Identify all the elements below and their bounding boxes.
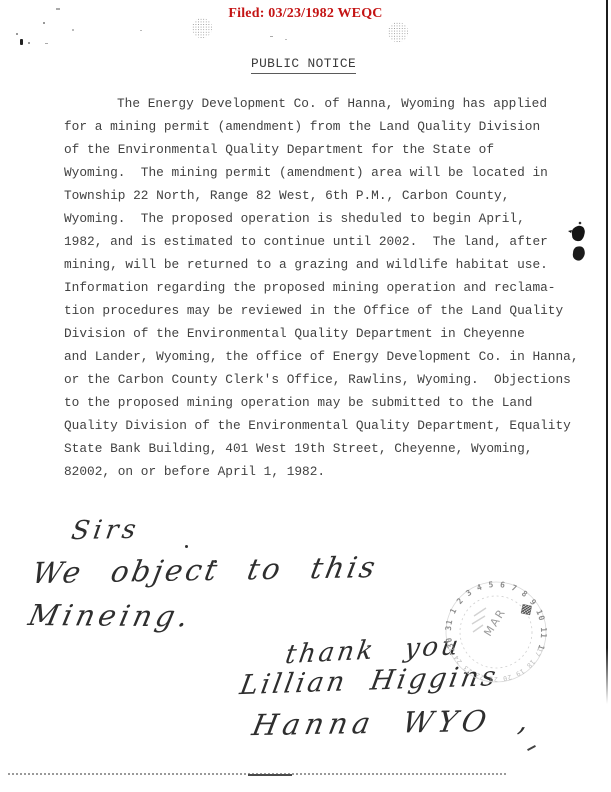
body-line: or the Carbon County Clerk's Office, Raw… (64, 368, 579, 391)
body-line: of the Environmental Quality Department … (64, 138, 579, 161)
hole-punch-right (388, 22, 408, 42)
scan-speck (43, 22, 45, 24)
scan-speck (56, 8, 60, 10)
body-line: and Lander, Wyoming, the office of Energ… (64, 345, 579, 368)
pen-dot (185, 545, 188, 548)
scan-speck (285, 39, 287, 40)
scan-speck (16, 33, 18, 35)
body-line: tion procedures may be reviewed in the O… (64, 299, 579, 322)
body-line: Township 22 North, Range 82 West, 6th P.… (64, 184, 579, 207)
scan-edge-line (606, 0, 608, 704)
body-line: Quality Division of the Environmental Qu… (64, 414, 579, 437)
body-line: Wyoming. The mining permit (amendment) a… (64, 161, 579, 184)
pen-tick-mark (527, 745, 536, 751)
body-line: to the proposed mining operation may be … (64, 391, 579, 414)
ink-blob (564, 216, 594, 264)
handwriting-objection: We object to this (29, 550, 381, 590)
scan-bottom-dark-segment (248, 774, 292, 776)
handwriting-objection-word: Mineing. (25, 598, 195, 633)
body-line: Division of the Environmental Quality De… (64, 322, 579, 345)
scan-speck (20, 39, 23, 45)
body-line: for a mining permit (amendment) from the… (64, 115, 579, 138)
scan-speck (140, 30, 142, 31)
body-line: 82002, on or before April 1, 1982. (64, 460, 579, 483)
body-line: mining, will be returned to a grazing an… (64, 253, 579, 276)
received-date-stamp: 30 31 1 2 3 4 5 6 7 8 9 10 11 12 13 14 1… (438, 574, 554, 690)
stamp-month-text: MAR (481, 606, 508, 639)
body-line: Wyoming. The proposed operation is shedu… (64, 207, 579, 230)
hole-punch-left (192, 18, 212, 38)
body-line: Information regarding the proposed minin… (64, 276, 579, 299)
handwriting-place: Hanna WYO , (249, 703, 536, 742)
scan-speck (270, 36, 273, 37)
page-title: PUBLIC NOTICE (251, 56, 356, 74)
handwriting-salutation: Sirs (69, 515, 142, 546)
scan-speck (72, 29, 74, 31)
scanned-document-page: Filed: 03/23/1982 WEQC PUBLIC NOTICE The… (0, 0, 611, 792)
scan-speck (45, 43, 48, 44)
scan-speck (28, 42, 30, 44)
body-line: 1982, and is estimated to continue until… (64, 230, 579, 253)
body-line: State Bank Building, 401 West 19th Stree… (64, 437, 579, 460)
notice-body: The Energy Development Co. of Hanna, Wyo… (64, 92, 579, 483)
stamp-checkered-mark (521, 604, 532, 615)
efiling-date-stamp: Filed: 03/23/1982 WEQC (0, 6, 611, 22)
body-line: The Energy Development Co. of Hanna, Wyo… (64, 92, 579, 115)
